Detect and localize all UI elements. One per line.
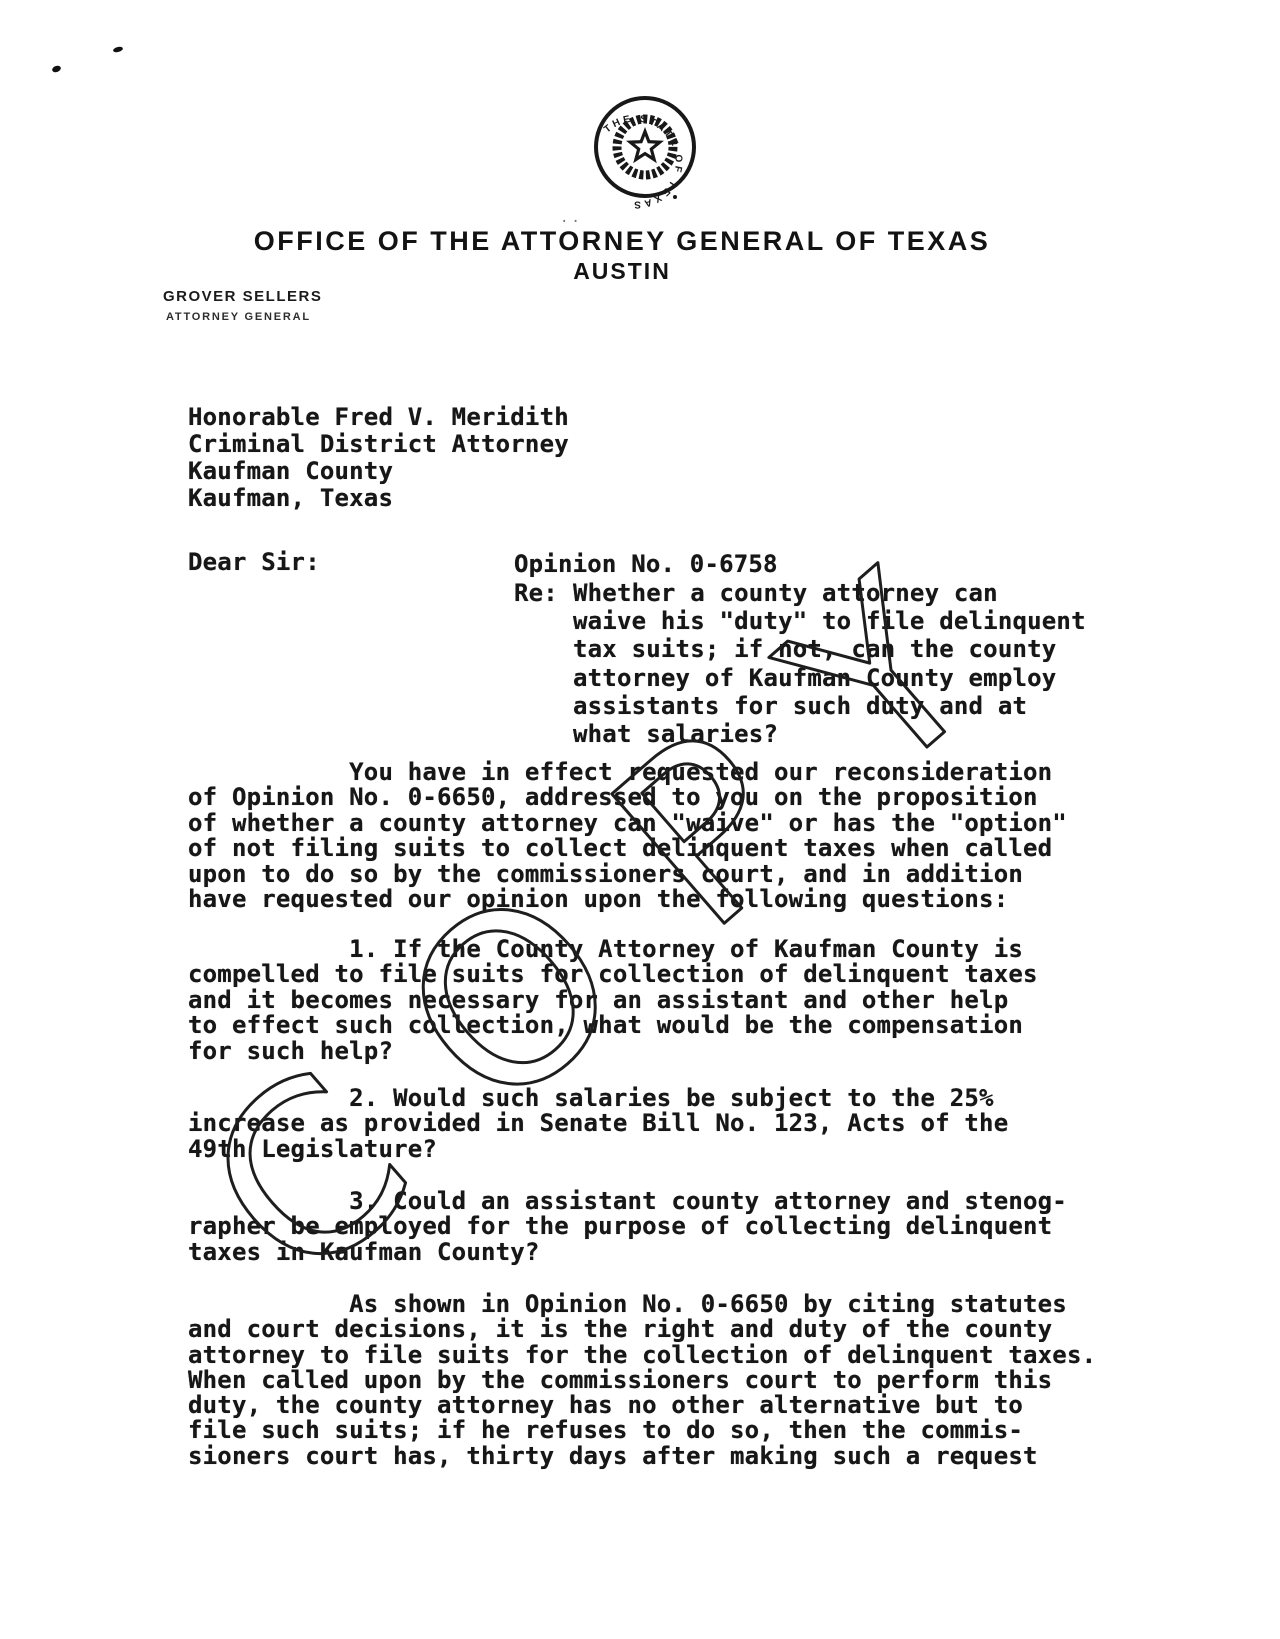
attorney-general-title: ATTORNEY GENERAL [166,311,311,323]
paragraph-closing: As shown in Opinion No. 0-6650 by citing… [188,1292,1096,1469]
state-of-texas-seal-icon: THE STATE OF TEXAS [582,84,708,210]
salutation: Dear Sir: [188,548,320,576]
paragraph-intro: You have in effect requested our reconsi… [188,760,1067,912]
question-2: 2. Would such salaries be subject to the… [188,1086,1008,1162]
re-description: Whether a county attorney can waive his … [573,579,1086,748]
question-3: 3. Could an assistant county attorney an… [188,1189,1067,1265]
question-1: 1. If the County Attorney of Kaufman Cou… [188,937,1038,1064]
ink-speck [113,46,124,53]
attorney-general-name: GROVER SELLERS [163,288,322,305]
re-label: Re: [514,579,558,607]
opinion-number: Opinion No. 0-6758 [514,550,778,578]
recipient-address: Honorable Fred V. Meridith Criminal Dist… [188,404,569,512]
scanned-letter-page: THE STATE OF TEXAS OFFICE OF THE ATTORNE… [0,0,1280,1639]
office-title: OFFICE OF THE ATTORNEY GENERAL OF TEXAS [0,226,1244,257]
ink-speck [51,65,62,74]
city-line: AUSTIN [0,258,1244,285]
scan-smudge: ·· [560,214,583,230]
